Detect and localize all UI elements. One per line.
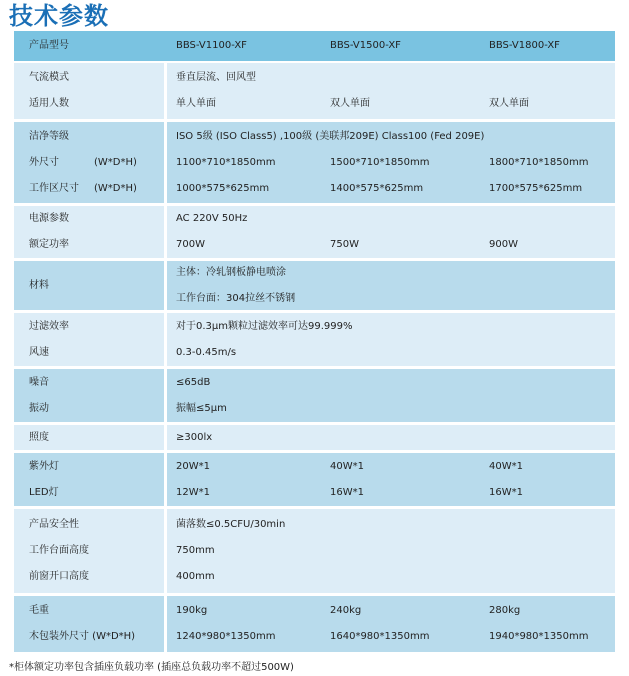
section-value-cell: 190kg240kg280kg1240*980*1350mm1640*980*1… <box>167 596 615 652</box>
spec-value-model-2: 40W*1 <box>330 454 364 480</box>
spec-value-model-1: ≤65dB <box>176 370 210 396</box>
spec-section: 洁净等级外尺寸(W*D*H)工作区尺寸(W*D*H)ISO 5级 (ISO Cl… <box>14 122 615 203</box>
spec-section: 电源参数额定功率AC 220V 50Hz700W750W900W <box>14 206 615 258</box>
table-row: 过滤效率 <box>14 314 164 340</box>
section-value-cell: ≤65dB振幅≤5μm <box>167 369 615 422</box>
table-row: 工作区尺寸(W*D*H) <box>14 176 164 202</box>
table-row: 毛重 <box>14 598 164 624</box>
table-row: 振幅≤5μm <box>167 396 615 422</box>
section-value-cell: AC 220V 50Hz700W750W900W <box>167 206 615 258</box>
section-label-cell: 毛重木包装外尺寸 (W*D*H) <box>14 596 164 652</box>
spec-table: 产品型号 BBS-V1100-XF BBS-V1500-XF BBS-V1800… <box>14 31 615 655</box>
table-row: 工作台面：304拉丝不锈钢 <box>167 286 615 312</box>
section-label-cell: 噪音振动 <box>14 369 164 422</box>
section-label-cell: 照度 <box>14 425 164 450</box>
table-row: 单人单面双人单面双人单面 <box>167 91 615 117</box>
section-value-cell: 菌落数≤0.5CFU/30min750mm400mm <box>167 509 615 593</box>
spec-label: 风速 <box>29 340 49 366</box>
spec-label: 适用人数 <box>29 91 69 117</box>
spec-value-model-1: 0.3-0.45m/s <box>176 340 236 366</box>
table-row: 1000*575*625mm1400*575*625mm1700*575*625… <box>167 176 615 202</box>
section-label-cell: 材料 <box>14 261 164 310</box>
section-label-cell: 气流模式适用人数 <box>14 63 164 119</box>
table-row: 紫外灯 <box>14 454 164 480</box>
section-value-cell: 对于0.3μm颗粒过滤效率可达99.999%0.3-0.45m/s <box>167 313 615 366</box>
spec-value-model-1: ISO 5级 (ISO Class5) ,100级 (美联邦209E) Clas… <box>176 124 484 150</box>
table-row: 主体：冷轧钢板静电喷涂 <box>167 260 615 286</box>
table-row: 1240*980*1350mm1640*980*1350mm1940*980*1… <box>167 624 615 650</box>
spec-value-model-2: 双人单面 <box>330 91 370 117</box>
spec-section: 材料主体：冷轧钢板静电喷涂工作台面：304拉丝不锈钢 <box>14 261 615 310</box>
table-row: 风速 <box>14 340 164 366</box>
table-row: ≤65dB <box>167 370 615 396</box>
table-row: 400mm <box>167 564 615 590</box>
spec-label: 产品安全性 <box>29 512 79 538</box>
header-model-1: BBS-V1100-XF <box>176 31 247 61</box>
table-row: ≥300lx <box>167 425 615 451</box>
spec-label: 前窗开口高度 <box>29 564 89 590</box>
table-row: 750mm <box>167 538 615 564</box>
spec-value-model-2: 16W*1 <box>330 480 364 506</box>
section-label-cell: 过滤效率风速 <box>14 313 164 366</box>
header-model-3: BBS-V1800-XF <box>489 31 560 61</box>
spec-value-model-3: 1940*980*1350mm <box>489 624 588 650</box>
table-row: 气流模式 <box>14 65 164 91</box>
table-row: 12W*116W*116W*1 <box>167 480 615 506</box>
table-row: 额定功率 <box>14 232 164 258</box>
spec-label: 洁净等级 <box>29 124 69 150</box>
table-row: 外尺寸(W*D*H) <box>14 150 164 176</box>
spec-value-model-1: ≥300lx <box>176 425 212 451</box>
spec-label: 工作区尺寸 <box>29 176 79 202</box>
spec-label: 材料 <box>29 273 49 299</box>
spec-value-model-1: 20W*1 <box>176 454 210 480</box>
spec-value-model-2: 1400*575*625mm <box>330 176 423 202</box>
spec-label: 额定功率 <box>29 232 69 258</box>
spec-unit: (W*D*H) <box>94 150 137 176</box>
spec-value-model-1: AC 220V 50Hz <box>176 206 247 232</box>
table-row: 电源参数 <box>14 206 164 232</box>
spec-label: 工作台面高度 <box>29 538 89 564</box>
header-model-2: BBS-V1500-XF <box>330 31 401 61</box>
section-value-cell: 20W*140W*140W*112W*116W*116W*1 <box>167 453 615 506</box>
table-row: 0.3-0.45m/s <box>167 340 615 366</box>
spec-value-model-1: 单人单面 <box>176 91 216 117</box>
table-row: 700W750W900W <box>167 232 615 258</box>
spec-value-model-3: 16W*1 <box>489 480 523 506</box>
spec-label: 气流模式 <box>29 65 69 91</box>
section-value-cell: ≥300lx <box>167 425 615 450</box>
spec-label: 木包装外尺寸 (W*D*H) <box>29 624 135 650</box>
spec-unit: (W*D*H) <box>94 176 137 202</box>
section-label-cell: 紫外灯LED灯 <box>14 453 164 506</box>
footnote: *柜体额定功率包含插座负载功率 (插座总负载功率不超过500W) <box>9 658 294 673</box>
spec-label: 毛重 <box>29 598 49 624</box>
spec-value-model-1: 对于0.3μm颗粒过滤效率可达99.999% <box>176 314 353 340</box>
spec-sections: 气流模式适用人数垂直层流、回风型单人单面双人单面双人单面洁净等级外尺寸(W*D*… <box>14 63 615 652</box>
spec-section: 气流模式适用人数垂直层流、回风型单人单面双人单面双人单面 <box>14 63 615 119</box>
spec-section: 紫外灯LED灯20W*140W*140W*112W*116W*116W*1 <box>14 453 615 506</box>
table-row: 工作台面高度 <box>14 538 164 564</box>
section-label-cell: 产品安全性工作台面高度前窗开口高度 <box>14 509 164 593</box>
section-value-cell: ISO 5级 (ISO Class5) ,100级 (美联邦209E) Clas… <box>167 122 615 203</box>
section-value-cell: 垂直层流、回风型单人单面双人单面双人单面 <box>167 63 615 119</box>
spec-value-model-2: 1500*710*1850mm <box>330 150 429 176</box>
spec-value-model-1: 12W*1 <box>176 480 210 506</box>
spec-label: LED灯 <box>29 480 59 506</box>
spec-label: 电源参数 <box>29 206 69 232</box>
spec-value-model-1: 750mm <box>176 538 215 564</box>
spec-value-model-1: 1240*980*1350mm <box>176 624 275 650</box>
spec-section: 噪音振动≤65dB振幅≤5μm <box>14 369 615 422</box>
spec-section: 产品安全性工作台面高度前窗开口高度菌落数≤0.5CFU/30min750mm40… <box>14 509 615 593</box>
spec-value-model-3: 1700*575*625mm <box>489 176 582 202</box>
table-row: 垂直层流、回风型 <box>167 65 615 91</box>
table-row: 洁净等级 <box>14 124 164 150</box>
spec-value-model-1: 主体：冷轧钢板静电喷涂 <box>176 260 286 286</box>
table-row: 前窗开口高度 <box>14 564 164 590</box>
table-row: 190kg240kg280kg <box>167 598 615 624</box>
spec-label: 过滤效率 <box>29 314 69 340</box>
spec-value-model-1: 700W <box>176 232 205 258</box>
spec-value-model-3: 双人单面 <box>489 91 529 117</box>
spec-value-model-3: 1800*710*1850mm <box>489 150 588 176</box>
table-row: ISO 5级 (ISO Class5) ,100级 (美联邦209E) Clas… <box>167 124 615 150</box>
spec-section: 照度≥300lx <box>14 425 615 450</box>
spec-value-model-3: 280kg <box>489 598 520 624</box>
table-header: 产品型号 BBS-V1100-XF BBS-V1500-XF BBS-V1800… <box>14 31 615 61</box>
table-row: LED灯 <box>14 480 164 506</box>
spec-value-model-2: 1640*980*1350mm <box>330 624 429 650</box>
table-row: 1100*710*1850mm1500*710*1850mm1800*710*1… <box>167 150 615 176</box>
spec-section: 过滤效率风速对于0.3μm颗粒过滤效率可达99.999%0.3-0.45m/s <box>14 313 615 366</box>
table-row: 振动 <box>14 396 164 422</box>
spec-value-model-2: 240kg <box>330 598 361 624</box>
spec-value-model-2: 750W <box>330 232 359 258</box>
table-row: 20W*140W*140W*1 <box>167 454 615 480</box>
spec-label: 外尺寸 <box>29 150 59 176</box>
spec-value-model-1: 垂直层流、回风型 <box>176 65 256 91</box>
section-value-cell: 主体：冷轧钢板静电喷涂工作台面：304拉丝不锈钢 <box>167 261 615 310</box>
spec-value-model-3: 900W <box>489 232 518 258</box>
spec-label: 紫外灯 <box>29 454 59 480</box>
table-row: AC 220V 50Hz <box>167 206 615 232</box>
spec-value-model-1: 1100*710*1850mm <box>176 150 275 176</box>
spec-value-model-1: 菌落数≤0.5CFU/30min <box>176 512 285 538</box>
table-row: 噪音 <box>14 370 164 396</box>
spec-label: 振动 <box>29 396 49 422</box>
table-row: 木包装外尺寸 (W*D*H) <box>14 624 164 650</box>
section-label-cell: 洁净等级外尺寸(W*D*H)工作区尺寸(W*D*H) <box>14 122 164 203</box>
spec-value-model-1: 工作台面：304拉丝不锈钢 <box>176 286 295 312</box>
table-row: 菌落数≤0.5CFU/30min <box>167 512 615 538</box>
spec-label: 噪音 <box>29 370 49 396</box>
spec-value-model-1: 振幅≤5μm <box>176 396 227 422</box>
page-title: 技术参数 <box>9 2 109 30</box>
section-label-cell: 电源参数额定功率 <box>14 206 164 258</box>
spec-value-model-1: 1000*575*625mm <box>176 176 269 202</box>
table-row: 产品安全性 <box>14 512 164 538</box>
table-row: 对于0.3μm颗粒过滤效率可达99.999% <box>167 314 615 340</box>
spec-section: 毛重木包装外尺寸 (W*D*H)190kg240kg280kg1240*980*… <box>14 596 615 652</box>
spec-value-model-1: 190kg <box>176 598 207 624</box>
table-row: 适用人数 <box>14 91 164 117</box>
spec-value-model-3: 40W*1 <box>489 454 523 480</box>
table-row: 照度 <box>14 425 164 451</box>
spec-value-model-1: 400mm <box>176 564 215 590</box>
header-label: 产品型号 <box>29 31 69 61</box>
spec-label: 照度 <box>29 425 49 451</box>
